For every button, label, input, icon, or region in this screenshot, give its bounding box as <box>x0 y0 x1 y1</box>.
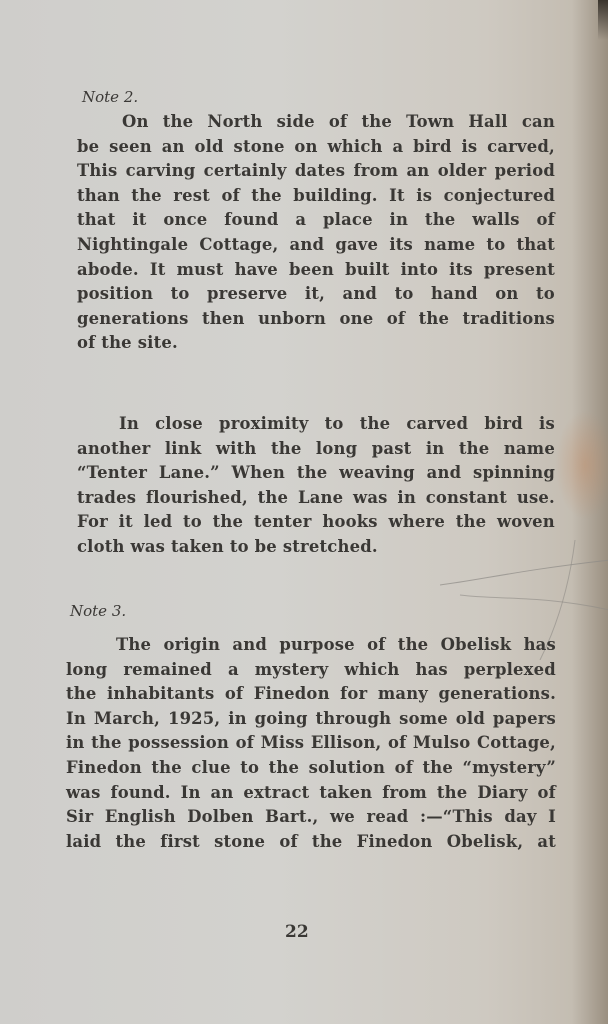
text-line: Incloseproximitytothecarvedbirdis <box>77 412 555 437</box>
page-number: 22 <box>285 922 309 942</box>
note-2-paragraph-2: Incloseproximitytothecarvedbirdisanother… <box>77 412 555 560</box>
note-2-title: Note 2. <box>82 88 138 106</box>
text-line: Thiscarvingcertainlydatesfromanolderperi… <box>77 159 555 184</box>
text-line: theinhabitantsofFinedonformanygeneration… <box>66 682 556 707</box>
text-line: inthepossessionofMissEllison,ofMulsoCott… <box>66 731 556 756</box>
text-line: thatitoncefoundaplaceinthewallsof <box>77 208 555 233</box>
text-line: OntheNorthsideoftheTownHallcan <box>77 110 555 135</box>
text-line: laidthefirststoneoftheFinedonObelisk,at <box>66 830 556 855</box>
text-line: beseenanoldstoneonwhichabirdiscarved, <box>77 135 555 160</box>
page-edge-shadow <box>598 0 608 40</box>
text-line: InMarch,1925,ingoingthroughsomeoldpapers <box>66 707 556 732</box>
text-line: wasfound.InanextracttakenfromtheDiaryof <box>66 781 556 806</box>
text-line: anotherlinkwiththelongpastinthename <box>77 437 555 462</box>
text-line: Foritledtothetenterhookswherethewoven <box>77 510 555 535</box>
text-line: NightingaleCottage,andgaveitsnametothat <box>77 233 555 258</box>
text-line: Finedonthecluetothesolutionofthe“mystery… <box>66 756 556 781</box>
text-line: positiontopreserveit,andtohandonto <box>77 282 555 307</box>
text-line: of the site. <box>77 331 555 356</box>
book-page: Note 2. OntheNorthsideoftheTownHallcanbe… <box>0 0 608 1024</box>
text-line: abode.Itmusthavebeenbuiltintoitspresent <box>77 258 555 283</box>
text-line: longremainedamysterywhichhasperplexed <box>66 658 556 683</box>
foxing-stain <box>555 410 608 520</box>
text-line: cloth was taken to be stretched. <box>77 535 555 560</box>
text-line: TheoriginandpurposeoftheObeliskhas <box>66 633 556 658</box>
note-2-paragraph-1: OntheNorthsideoftheTownHallcanbeseenanol… <box>77 110 555 356</box>
text-line: thantherestofthebuilding.Itisconjectured <box>77 184 555 209</box>
note-3-paragraph-1: TheoriginandpurposeoftheObeliskhaslongre… <box>66 633 556 854</box>
text-line: “TenterLane.”Whentheweavingandspinning <box>77 461 555 486</box>
text-line: generationsthenunbornoneofthetraditions <box>77 307 555 332</box>
text-line: SirEnglishDolbenBart.,weread:—“ThisdayI <box>66 805 556 830</box>
text-line: tradesflourished,theLanewasinconstantuse… <box>77 486 555 511</box>
note-3-title: Note 3. <box>70 602 126 620</box>
